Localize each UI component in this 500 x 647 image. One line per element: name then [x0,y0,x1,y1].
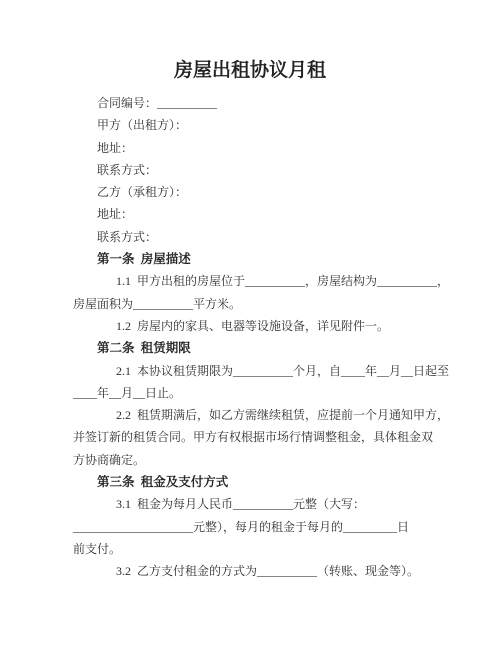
clause-2-2-line-3: 方协商确定。 [73,449,495,471]
clause-3-1-line-2: ____________________元整），每月的租金于每月的_______… [73,516,495,538]
document-body: 合同编号：__________ 甲方（出租方）： 地址： 联系方式： 乙方（承租… [73,92,495,583]
party-a-label: 甲方（出租方）： [73,114,495,136]
party-a-address-label: 地址： [73,137,495,159]
clause-2-1-line-1: 2.1 本协议租赁期限为__________个月，自____年__月__日起至 [73,360,495,382]
clause-1-1-line-1: 1.1 甲方出租的房屋位于__________，房屋结构为__________， [73,270,495,292]
clause-1-2: 1.2 房屋内的家具、电器等设施设备，详见附件一。 [73,315,495,337]
clause-1-1-line-2: 房屋面积为__________平方米。 [73,293,495,315]
party-b-label: 乙方（承租方）： [73,181,495,203]
party-b-contact-label: 联系方式： [73,226,495,248]
party-b-address-label: 地址： [73,203,495,225]
document-title: 房屋出租协议月租 [0,57,500,85]
clause-3-2: 3.2 乙方支付租金的方式为__________（转账、现金等）。 [73,560,495,582]
contract-number-field: 合同编号：__________ [73,92,495,114]
clause-3-1-line-1: 3.1 租金为每月人民币__________元整（大写： [73,493,495,515]
clause-2-2-line-1: 2.2 租赁期满后，如乙方需继续租赁，应提前一个月通知甲方， [73,404,495,426]
section-2-heading: 第二条 租赁期限 [73,337,495,359]
clause-3-1-line-3: 前支付。 [73,538,495,560]
party-a-contact-label: 联系方式： [73,159,495,181]
clause-2-1-line-2: ____年__月__日止。 [73,382,495,404]
section-1-heading: 第一条 房屋描述 [73,248,495,270]
document-page: 房屋出租协议月租 合同编号：__________ 甲方（出租方）： 地址： 联系… [0,0,500,647]
section-3-heading: 第三条 租金及支付方式 [73,471,495,493]
clause-2-2-line-2: 并签订新的租赁合同。甲方有权根据市场行情调整租金，具体租金双 [73,426,495,448]
